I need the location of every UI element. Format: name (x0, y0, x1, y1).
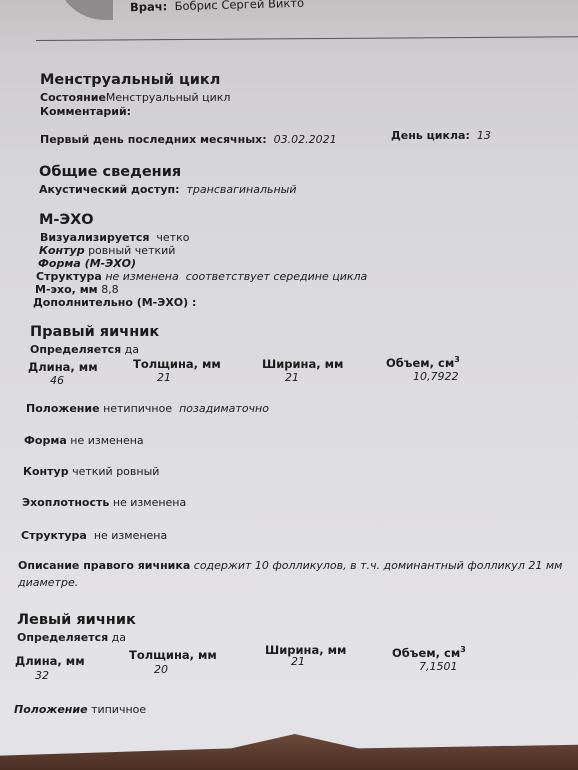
section-title-general: Общие сведения (39, 164, 181, 180)
left-length-label: Длина, мм (15, 654, 85, 668)
m-echo-structure-note: соответствует середине цикла (186, 270, 368, 283)
right-description-line2: диаметре. (18, 576, 78, 589)
right-shape-label: Форма (24, 434, 67, 447)
right-thickness-label: Толщина, мм (133, 357, 221, 371)
section-title-left-ovary: Левый яичник (17, 612, 136, 628)
right-structure-row: Структура не изменена (21, 529, 167, 542)
section-title-menstrual-cycle: Менструальный цикл (40, 72, 220, 88)
right-echogenicity-value: не изменена (113, 496, 186, 509)
left-volume-unit-sup: 3 (460, 645, 466, 654)
state-row: СостояниеМенструальный цикл (40, 91, 230, 104)
right-length-value: 46 (50, 374, 64, 387)
access-label: Акустический доступ: (39, 183, 180, 196)
access-value: трансвагинальный (187, 183, 297, 196)
right-width-value: 21 (285, 371, 299, 384)
right-echogenicity-row: Эхоплотность не изменена (22, 496, 186, 509)
right-position-note: позадиматочно (179, 402, 269, 415)
right-volume-label-text: Объем, см (386, 356, 454, 370)
m-echo-structure-label: Структура (36, 270, 102, 283)
section-title-m-echo: М-ЭХО (39, 212, 94, 228)
left-volume-value: 7,1501 (419, 660, 458, 673)
comment-label: Комментарий: (40, 105, 131, 118)
right-contour-value: четкий ровный (72, 465, 159, 478)
visualized-label: Визуализируется (40, 231, 149, 244)
m-echo-structure-value: не изменена (105, 270, 178, 283)
right-contour-row: Контур четкий ровный (23, 465, 159, 478)
left-volume-label-text: Объем, см (392, 646, 460, 660)
access-row: Акустический доступ: трансвагинальный (39, 183, 297, 196)
left-position-label: Положение (14, 703, 88, 716)
right-description-line1: содержит 10 фолликулов, в т.ч. доминантн… (194, 559, 563, 572)
doctor-line: Врач: Бобрис Сергей Викто (130, 0, 304, 14)
left-length-value: 32 (35, 669, 49, 682)
left-thickness-label: Толщина, мм (129, 648, 217, 662)
right-detected-row: Определяется да (30, 343, 139, 356)
m-echo-shape-label: Форма (М-ЭХО) (38, 257, 136, 270)
right-position-label: Положение (26, 402, 100, 415)
right-length-label: Длина, мм (28, 360, 98, 374)
cycle-day-value: 13 (477, 129, 491, 142)
header-divider (36, 36, 578, 41)
left-width-value: 21 (291, 655, 305, 668)
m-echo-size-row: М-эхо, мм 8,8 (35, 283, 119, 296)
right-echogenicity-label: Эхоплотность (22, 496, 109, 509)
m-echo-contour-value: ровный четкий (88, 244, 175, 257)
visualized-value: четко (156, 231, 189, 244)
left-position-value: типичное (91, 703, 146, 716)
left-width-label: Ширина, мм (265, 643, 346, 657)
left-volume-label: Объем, см3 (392, 645, 466, 660)
cycle-day-row: День цикла: 13 (391, 129, 491, 142)
right-volume-value: 10,7922 (413, 370, 459, 383)
left-detected-label: Определяется (17, 631, 108, 644)
right-description-label: Описание правого яичника (18, 559, 190, 572)
visualized-row: Визуализируется четко (40, 231, 189, 244)
state-value: Менструальный цикл (106, 91, 231, 104)
section-title-right-ovary: Правый яичник (30, 324, 159, 340)
right-detected-label: Определяется (30, 343, 121, 356)
m-echo-structure-row: Структура не изменена соответствует сере… (36, 270, 367, 283)
right-thickness-value: 21 (157, 371, 171, 384)
left-thickness-value: 20 (154, 663, 168, 676)
table-surface-background (0, 734, 578, 770)
m-echo-size-value: 8,8 (101, 283, 119, 296)
right-shape-value: не изменена (70, 434, 143, 447)
right-structure-label: Структура (21, 529, 87, 542)
cycle-day-label: День цикла: (391, 129, 470, 142)
right-volume-label: Объем, см3 (386, 355, 460, 370)
first-day-row: Первый день последних месячных: 03.02.20… (40, 133, 337, 146)
m-echo-contour-label: Контур (39, 244, 85, 257)
first-day-label: Первый день последних месячных: (40, 133, 267, 146)
right-description-row: Описание правого яичника содержит 10 фол… (18, 559, 562, 572)
right-volume-unit-sup: 3 (454, 355, 460, 364)
right-contour-label: Контур (23, 465, 69, 478)
left-detected-value: да (112, 631, 126, 644)
m-echo-contour-row: Контур ровный четкий (39, 244, 175, 257)
state-label: Состояние (40, 91, 106, 104)
first-day-value: 03.02.2021 (274, 133, 337, 146)
right-shape-row: Форма не изменена (24, 434, 144, 447)
doctor-label: Врач: (130, 0, 168, 14)
right-position-row: Положение нетипичное позадиматочно (26, 402, 269, 415)
right-detected-value: да (125, 343, 139, 356)
right-structure-value: не изменена (94, 529, 167, 542)
left-position-row: Положение типичное (14, 703, 146, 716)
document-page: Врач: Бобрис Сергей Викто Менструальный … (0, 0, 578, 770)
clinic-logo (55, 0, 113, 20)
doctor-name: Бобрис Сергей Викто (174, 0, 304, 13)
right-position-value: нетипичное (103, 402, 172, 415)
left-detected-row: Определяется да (17, 631, 126, 644)
m-echo-size-label: М-эхо, мм (35, 283, 98, 296)
m-echo-additional-label: Дополнительно (М-ЭХО) : (33, 296, 196, 309)
right-width-label: Ширина, мм (262, 357, 343, 371)
